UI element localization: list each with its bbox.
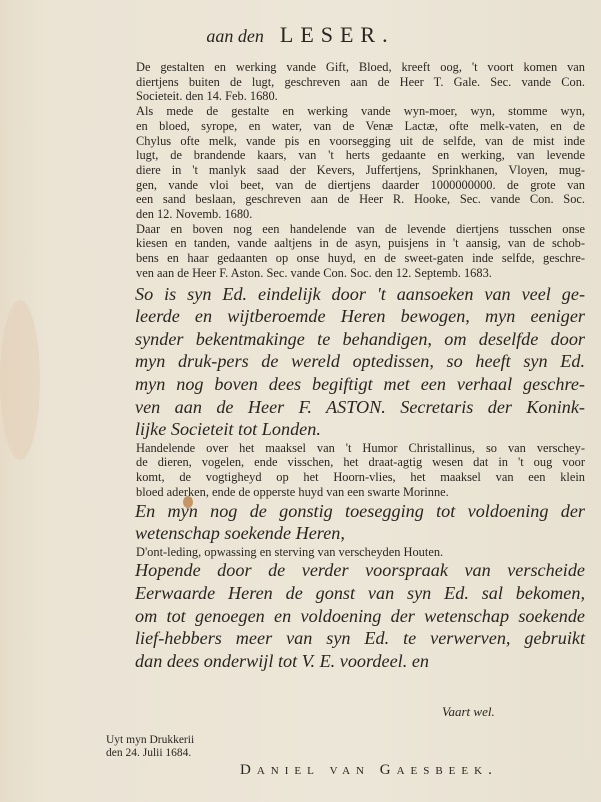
paragraph-humor: Handelende over het maaksel van 't Humor… xyxy=(123,441,585,500)
italic-paragraph-hopende: Hopende door de verder voorspraak van ve… xyxy=(123,559,585,672)
text-line: myn druk-pers de wereld optedissen, so h… xyxy=(123,350,585,373)
closing-salutation: Vaart wel. xyxy=(442,704,495,720)
text-line: ven aan de Heer F. ASTON. Secretaris der… xyxy=(123,396,585,419)
text-line: myn nog boven dees begiftigt met een ver… xyxy=(123,373,585,396)
text-line: ven aan de Heer F. Aston. Sec. vande Con… xyxy=(123,266,585,281)
text-line: De gestalten en werking vande Gift, Bloe… xyxy=(123,60,585,75)
text-line: Daar en boven nog een handelende van de … xyxy=(123,222,585,237)
text-line: gen, vande vloi beet, van de diertjens d… xyxy=(123,178,585,193)
paragraph-houten: D'ont-leding, opwassing en sterving van … xyxy=(123,545,585,560)
heading-italic: aan den xyxy=(206,26,264,46)
text-line: dan dees onderwijl tot V. E. voordeel. e… xyxy=(123,650,585,673)
italic-paragraph-so-is: So is syn Ed. eindelijk door 't aansoeke… xyxy=(123,283,585,441)
text-line: Societeit. den 14. Feb. 1680. xyxy=(123,89,585,104)
book-page: aan den LESER. De gestalten en werking v… xyxy=(0,0,601,802)
imprint-date: den 24. Julii 1684. xyxy=(106,747,194,760)
text-line: bens en haar gedaanten op onse huyd, en … xyxy=(123,251,585,266)
imprint: Uyt myn Drukkerii den 24. Julii 1684. xyxy=(106,734,194,759)
heading-caps: LESER. xyxy=(280,22,395,47)
paragraph-gale: De gestalten en werking vande Gift, Bloe… xyxy=(123,60,585,104)
text-line: leerde en wijtberoemde Heren bewogen, my… xyxy=(123,305,585,328)
text-line: lugt, de brandende kaars, van 't herts g… xyxy=(123,148,585,163)
text-line: En myn nog de gonstig toesegging tot vol… xyxy=(123,500,585,523)
text-line: en bloed, syrope, en water, van de Venæ … xyxy=(123,119,585,134)
text-line: Als mede de gestalte en werking vande wy… xyxy=(123,104,585,119)
paragraph-hooke: Als mede de gestalte en werking vande wy… xyxy=(123,104,585,222)
text-line: lief-hebbers meer van syn Ed. te verwerv… xyxy=(123,627,585,650)
paper-discoloration xyxy=(0,300,40,460)
italic-paragraph-en-myn: En myn nog de gonstig toesegging tot vol… xyxy=(123,500,585,545)
text-line: D'ont-leding, opwassing en sterving van … xyxy=(123,545,585,560)
text-line: om tot genoegen en voldoening der wetens… xyxy=(123,605,585,628)
text-line: Eerwaarde Heren de gonst van syn Ed. sal… xyxy=(123,582,585,605)
text-line: den 12. Novemb. 1680. xyxy=(123,207,585,222)
text-line: Chylus ofte melk, vande pis en voorseggi… xyxy=(123,134,585,149)
text-line: bloed aderken, ende de opperste huyd van… xyxy=(123,485,585,500)
text-line: synder bekentmakinge te behandigen, om d… xyxy=(123,328,585,351)
text-line: diere in 't manlyk saad der Kevers, Juff… xyxy=(123,163,585,178)
text-line: de dieren, vogelen, ende visschen, het d… xyxy=(123,455,585,470)
text-line: Handelende over het maaksel van 't Humor… xyxy=(123,441,585,456)
body-text: De gestalten en werking vande Gift, Bloe… xyxy=(123,60,585,672)
text-line: lijke Societeit tot Londen. xyxy=(123,418,585,441)
page-heading: aan den LESER. xyxy=(0,22,601,48)
text-line: Hopende door de verder voorspraak van ve… xyxy=(123,559,585,582)
imprint-place: Uyt myn Drukkerii xyxy=(106,734,194,747)
text-line: kiesen en tanden, vande aaltjens in de a… xyxy=(123,236,585,251)
text-line: een sand beslaan, geschreven aan de Heer… xyxy=(123,192,585,207)
text-line: So is syn Ed. eindelijk door 't aansoeke… xyxy=(123,283,585,306)
printer-signature: Daniel van Gaesbeek. xyxy=(240,762,498,779)
text-line: komt, de vogtigheyd op het Hoorn-vlies, … xyxy=(123,470,585,485)
text-line: wetenschap soekende Heren, xyxy=(123,522,585,545)
paragraph-aston: Daar en boven nog een handelende van de … xyxy=(123,222,585,281)
text-line: diertjens buiten de lugt, geschreven aan… xyxy=(123,75,585,90)
